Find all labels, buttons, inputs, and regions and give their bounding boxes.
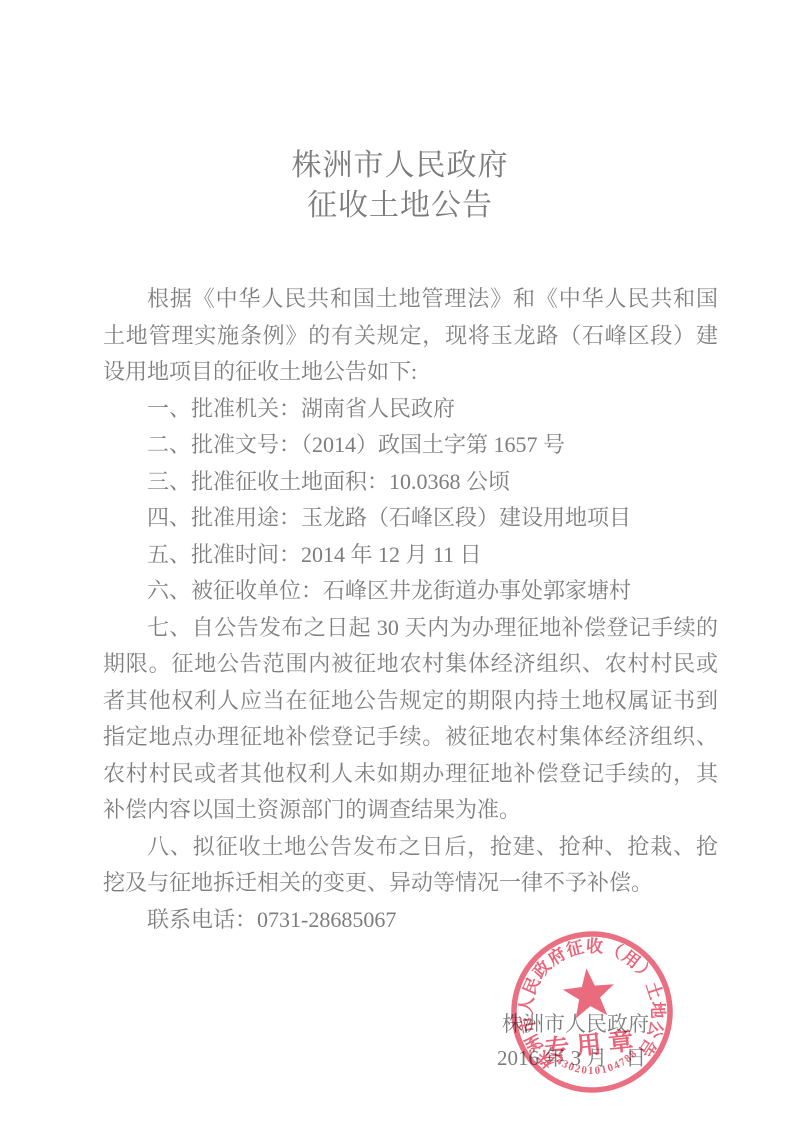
document-page: 株洲市人民政府 征收土地公告 根据《中华人民共和国土地管理法》和《中华人民共和国… (0, 0, 800, 1132)
document-title-line1: 株洲市人民政府 (0, 146, 800, 186)
seal-star-icon (561, 966, 617, 1020)
body-paragraph: 五、批准时间：2014 年 12 月 11 日 (103, 537, 718, 574)
official-seal: 株洲市人民政府征收（用）土地公告 专用章 4302010104788 (482, 902, 702, 1122)
document-title-line2: 征收土地公告 (0, 186, 800, 226)
body-paragraph: 根据《中华人民共和国土地管理法》和《中华人民共和国土地管理实施条例》的有关规定，… (103, 281, 718, 391)
body-paragraph: 三、批准征收土地面积：10.0368 公顷 (103, 464, 718, 501)
document-body: 根据《中华人民共和国土地管理法》和《中华人民共和国土地管理实施条例》的有关规定，… (103, 281, 718, 938)
body-paragraph: 七、自公告发布之日起 30 天内为办理征地补偿登记手续的期限。征地公告范围内被征… (103, 610, 718, 829)
body-paragraph: 四、批准用途：玉龙路（石峰区段）建设用地项目 (103, 500, 718, 537)
body-paragraph: 一、批准机关：湖南省人民政府 (103, 391, 718, 428)
body-paragraph: 八、拟征收土地公告发布之日后，抢建、抢种、抢栽、抢挖及与征地拆迁相关的变更、异动… (103, 829, 718, 902)
body-paragraph: 六、被征收单位：石峰区井龙街道办事处郭家塘村 (103, 573, 718, 610)
body-paragraph: 二、批准文号：（2014）政国土字第 1657 号 (103, 427, 718, 464)
document-title: 株洲市人民政府 征收土地公告 (0, 146, 800, 226)
